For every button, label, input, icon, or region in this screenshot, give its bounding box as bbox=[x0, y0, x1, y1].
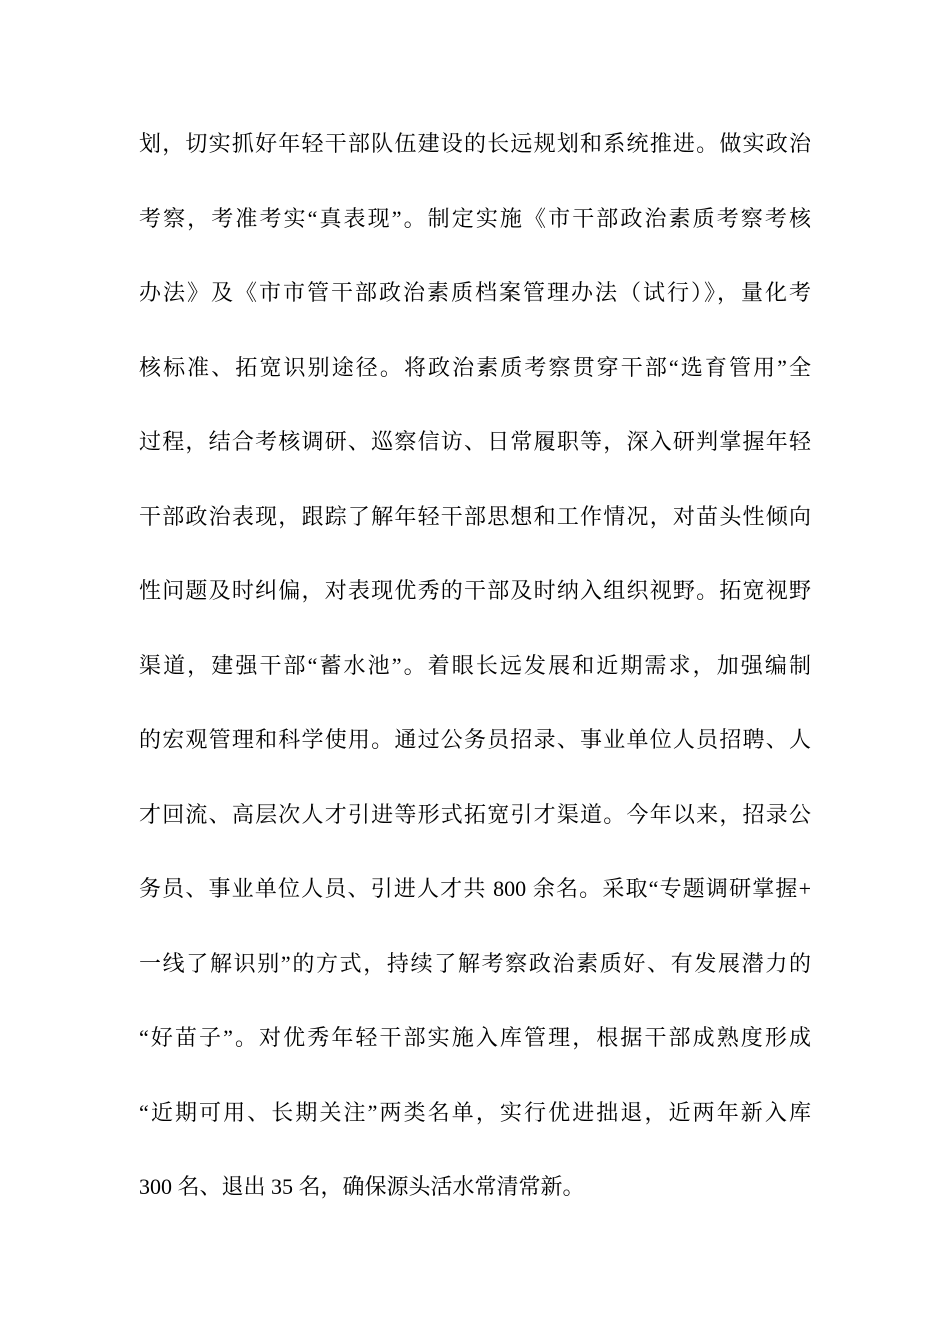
text-line: 干部政治表现，跟踪了解年轻干部思想和工作情况，对苗头性倾向 bbox=[139, 480, 811, 555]
text-line: 300 名、退出 35 名，确保源头活水常清常新。 bbox=[139, 1150, 811, 1225]
text-line: 过程，结合考核调研、巡察信访、日常履职等，深入研判掌握年轻 bbox=[139, 405, 811, 480]
text-line: 办法》及《市市管干部政治素质档案管理办法（试行）》，量化考 bbox=[139, 256, 811, 331]
text-line: 渠道，建强干部“蓄水池”。着眼长远发展和近期需求，加强编制 bbox=[139, 629, 811, 704]
document-page: 划，切实抓好年轻干部队伍建设的长远规划和系统推进。做实政治考察，考准考实“真表现… bbox=[0, 0, 950, 1344]
text-line: 核标准、拓宽识别途径。将政治素质考察贯穿干部“选育管用”全 bbox=[139, 331, 811, 406]
body-text-block: 划，切实抓好年轻干部队伍建设的长远规划和系统推进。做实政治考察，考准考实“真表现… bbox=[139, 107, 811, 1225]
text-line: 考察，考准考实“真表现”。制定实施《市干部政治素质考察考核 bbox=[139, 182, 811, 257]
text-line: 才回流、高层次人才引进等形式拓宽引才渠道。今年以来，招录公 bbox=[139, 778, 811, 853]
text-line: 的宏观管理和科学使用。通过公务员招录、事业单位人员招聘、人 bbox=[139, 703, 811, 778]
text-line: “好苗子”。对优秀年轻干部实施入库管理，根据干部成熟度形成 bbox=[139, 1001, 811, 1076]
text-line: “近期可用、长期关注”两类名单，实行优进拙退，近两年新入库 bbox=[139, 1076, 811, 1151]
text-line: 划，切实抓好年轻干部队伍建设的长远规划和系统推进。做实政治 bbox=[139, 107, 811, 182]
text-line: 性问题及时纠偏，对表现优秀的干部及时纳入组织视野。拓宽视野 bbox=[139, 554, 811, 629]
text-line: 务员、事业单位人员、引进人才共 800 余名。采取“专题调研掌握+ bbox=[139, 852, 811, 927]
text-line: 一线了解识别”的方式，持续了解考察政治素质好、有发展潜力的 bbox=[139, 927, 811, 1002]
